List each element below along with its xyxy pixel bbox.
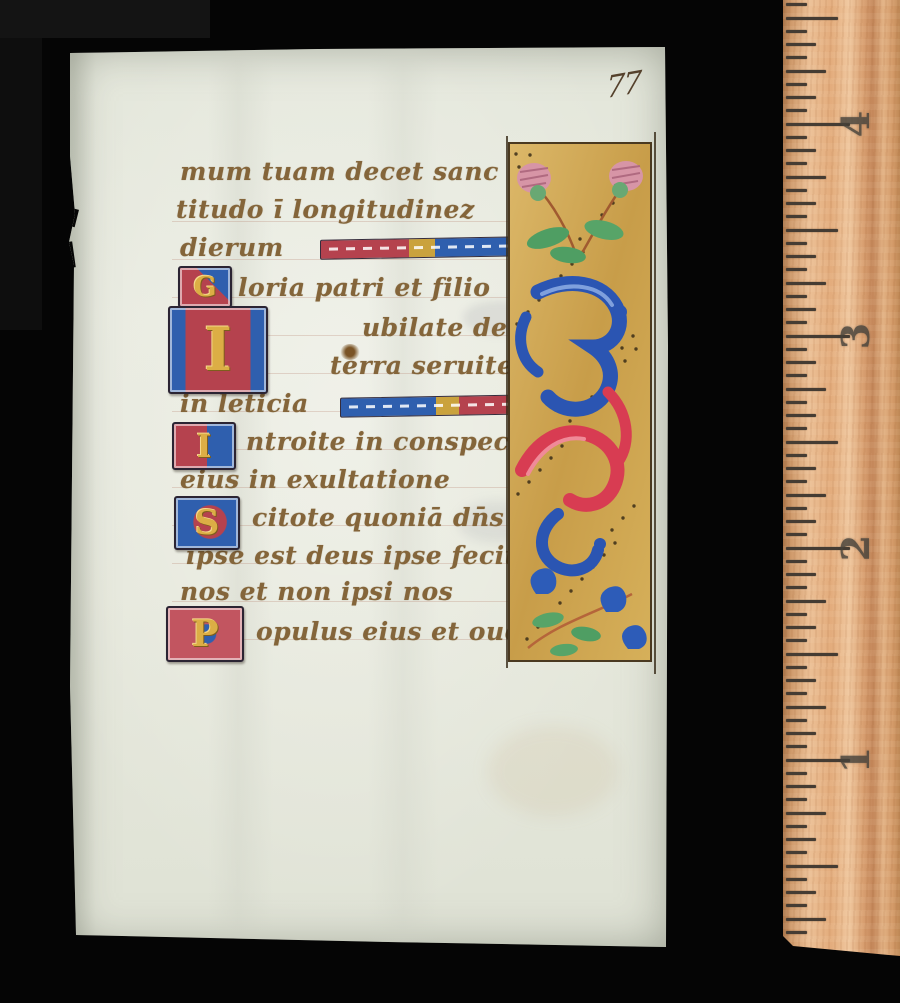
illuminated-initial-I: I xyxy=(172,422,236,470)
ruler-tick xyxy=(786,812,826,815)
ruler-tick xyxy=(786,202,816,205)
ruler-tick xyxy=(786,414,816,417)
edge-chip xyxy=(61,241,76,268)
text-line: loria patri et filio xyxy=(238,274,490,302)
ruler-tick xyxy=(786,30,807,33)
ruler-tick xyxy=(786,96,816,99)
ruler-tick xyxy=(786,745,807,748)
line-filler xyxy=(340,394,532,417)
ruler-tick xyxy=(786,798,807,801)
folio-number: 77 xyxy=(606,65,641,107)
ruler-tick xyxy=(786,401,807,404)
ruler-tick xyxy=(786,692,807,695)
ruler-tick xyxy=(786,189,807,192)
ink-rule-line xyxy=(654,132,656,674)
ruler-tick xyxy=(786,229,838,232)
text-line: citote quoniā dn̄s xyxy=(252,504,504,532)
ruler-tick xyxy=(786,613,807,616)
ruler-tick xyxy=(786,109,807,112)
ruler-tick xyxy=(786,242,807,245)
wooden-ruler: 4321 xyxy=(783,0,900,962)
ruler-tick xyxy=(786,427,807,430)
ruler-tick xyxy=(786,388,826,391)
ruler-tick xyxy=(786,918,826,921)
ruler-tick xyxy=(786,255,816,258)
ruler-number: 1 xyxy=(833,738,877,782)
ruler-tick xyxy=(786,533,807,536)
ruler-tick xyxy=(786,441,838,444)
ruler-number: 4 xyxy=(833,102,877,146)
ruler-tick xyxy=(786,626,816,629)
ruler-tick xyxy=(786,560,807,563)
ruler-tick xyxy=(786,600,826,603)
ruler-tick xyxy=(786,494,826,497)
text-line: ntroite in conspectu xyxy=(246,428,540,456)
ruler-tick xyxy=(786,904,807,907)
ruler-number: 2 xyxy=(833,526,877,570)
ruler-tick xyxy=(786,586,807,589)
ruler-tick xyxy=(786,706,826,709)
text-line: opulus eius et oues xyxy=(256,618,536,646)
illuminated-border-panel xyxy=(508,142,652,662)
ruler-tick xyxy=(786,480,807,483)
illuminated-initial-I-large: I xyxy=(168,306,268,394)
ruler-tick xyxy=(786,825,807,828)
ruler-tick xyxy=(786,931,807,934)
text-line: dierum xyxy=(180,234,284,262)
ruler-tick xyxy=(786,176,826,179)
ruler-tick xyxy=(786,295,807,298)
ruler-tick xyxy=(786,653,838,656)
ruler-tick xyxy=(786,467,816,470)
ruler-tick xyxy=(786,361,816,364)
text-line: in leticia xyxy=(180,390,309,418)
ruler-tick xyxy=(786,56,807,59)
ruler-number: 3 xyxy=(833,314,877,358)
ruler-tick xyxy=(786,374,807,377)
ruler-tick xyxy=(786,639,807,642)
illuminated-initial-G: G xyxy=(178,266,232,308)
ruler-tick xyxy=(786,785,816,788)
ruler-tick xyxy=(786,321,807,324)
ruler-tick xyxy=(786,268,807,271)
ruler-tick xyxy=(786,507,807,510)
ruler-tick xyxy=(786,282,826,285)
ruler-tick xyxy=(786,308,816,311)
ruler-tick xyxy=(786,891,816,894)
ruler-tick xyxy=(786,43,816,46)
line-filler xyxy=(320,236,522,260)
ruler-tick xyxy=(786,573,816,576)
ruler-tick xyxy=(786,838,816,841)
text-line: nos et non ipsi nos xyxy=(180,578,453,606)
ruler-tick xyxy=(786,719,807,722)
manuscript-leaf: 77 mum tuam decet sanc titudo ī longitud… xyxy=(68,46,668,948)
background-patch xyxy=(0,0,42,330)
ruler-tick xyxy=(786,70,826,73)
ruler-tick xyxy=(786,520,816,523)
text-line: titudo ī longitudinez xyxy=(176,196,475,224)
ruler-tick xyxy=(786,772,807,775)
ruler-tick xyxy=(786,679,816,682)
ruler-tick xyxy=(786,215,807,218)
ruler-tick xyxy=(786,348,807,351)
text-line: eius in exultatione xyxy=(180,466,450,494)
ruler-tick xyxy=(786,136,807,139)
ruler-tick xyxy=(786,3,807,6)
edge-chip xyxy=(62,207,79,228)
illuminated-initial-S: S xyxy=(174,496,240,550)
ruler-tick xyxy=(786,865,838,868)
ruler-tick xyxy=(786,878,807,881)
vellum-stain xyxy=(488,726,618,816)
text-line: mum tuam decet sanc xyxy=(180,158,499,186)
ruler-tick xyxy=(786,454,807,457)
illuminated-initial-P: P xyxy=(166,606,244,662)
ruler-tick xyxy=(786,666,807,669)
ruler-tick xyxy=(786,17,838,20)
ruler-tick xyxy=(786,149,816,152)
ruler-tick xyxy=(786,83,807,86)
photo-stage: 77 mum tuam decet sanc titudo ī longitud… xyxy=(0,0,900,1003)
ruler-tick xyxy=(786,162,807,165)
ruler-tick xyxy=(786,732,816,735)
ruler-tick xyxy=(786,851,807,854)
